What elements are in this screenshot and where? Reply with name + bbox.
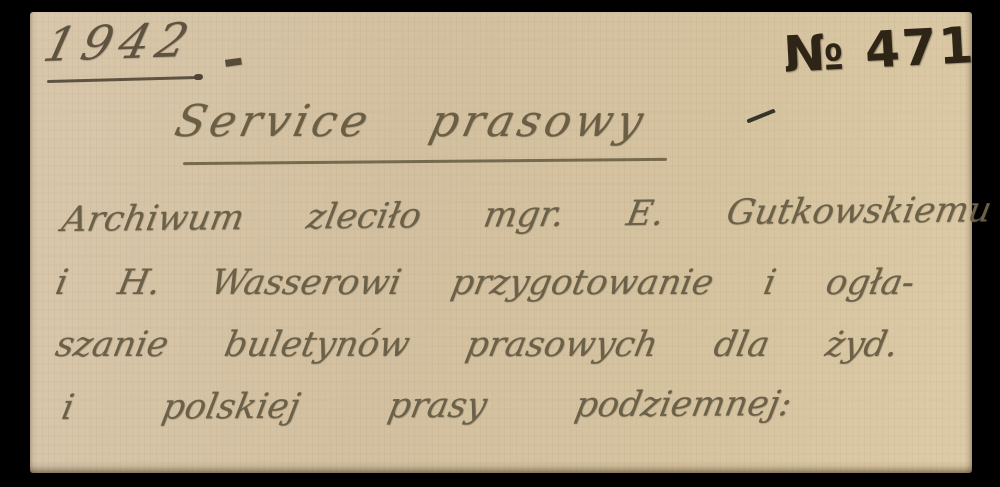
year-underline [47, 76, 199, 83]
title-underline [183, 158, 667, 165]
card-number: № 471 [782, 16, 977, 84]
year-dash: - [218, 27, 248, 90]
handwritten-line-3: szanie buletynów prasowych dla żyd. [52, 325, 901, 365]
scan-background: 1942 - № 471 Service prasowy Archiwum zl… [0, 0, 1000, 487]
archival-card: 1942 - № 471 Service prasowy Archiwum zl… [30, 12, 972, 473]
handwritten-line-4: i polskiej prasy podziemnej: [58, 384, 795, 428]
ink-tick-mark [746, 109, 775, 124]
card-title: Service prasowy [170, 96, 652, 147]
year-heading: 1942 [38, 13, 201, 73]
handwritten-line-2: i H. Wasserowi przygotowanie i ogła- [52, 263, 918, 303]
handwritten-line-1: Archiwum zleciło mgr. E. Gutkowskiemu [59, 190, 995, 240]
